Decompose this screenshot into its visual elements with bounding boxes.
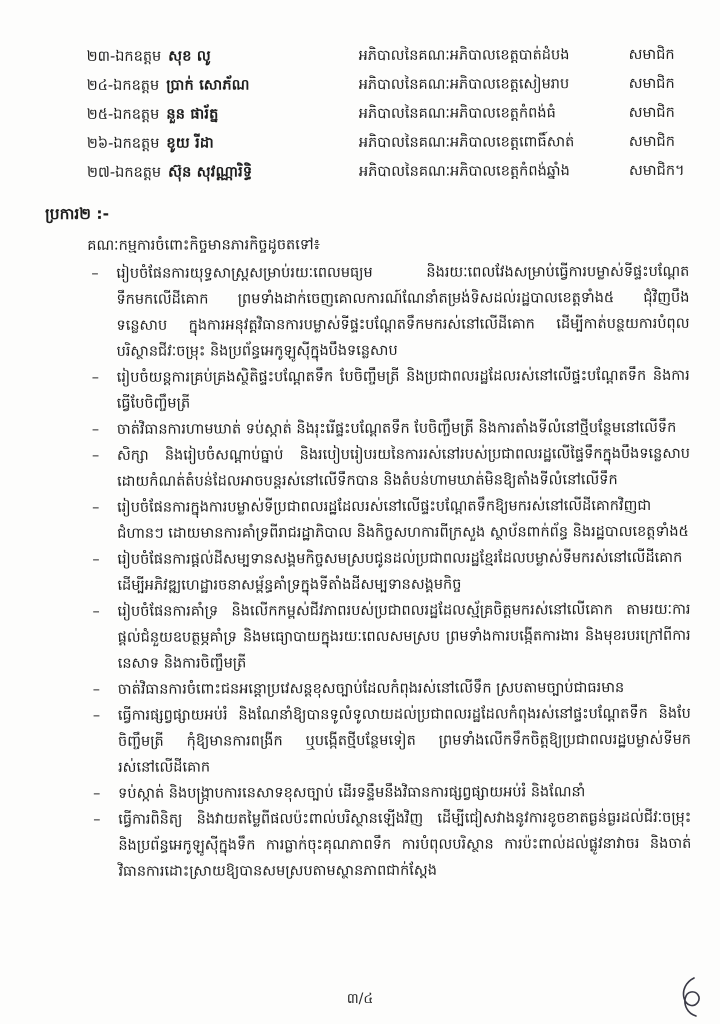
member-position: អភិបាលនៃគណៈអភិបាលខេត្តបាត់ដំបង bbox=[359, 41, 627, 71]
member-number: ២៤- bbox=[87, 78, 114, 94]
member-name: សុខ លូ bbox=[168, 49, 211, 65]
member-row: ២៧-ឯកឧត្តមស៊ុន សុវណ្ណារិទ្ធិ អភិបាលនៃគណៈ… bbox=[87, 157, 691, 188]
member-number-title-name: ២៤-ឯកឧត្តមប្រាក់ សោភ័ណ bbox=[87, 71, 359, 101]
duty-text: ធ្វើការផ្សព្វផ្សាយអប់រំ និងណែនាំឱ្យបានទូ… bbox=[118, 701, 691, 781]
member-role: សមាជិក bbox=[627, 128, 691, 157]
member-role: សមាជិក bbox=[627, 41, 691, 70]
member-position: អភិបាលនៃគណៈអភិបាលខេត្តកំពង់ឆ្នាំង bbox=[359, 157, 627, 187]
list-item: – ចាត់វិធានការហាមឃាត់ ទប់ស្កាត់ និងរុះរើ… bbox=[92, 415, 690, 443]
duty-text: រៀបចំផែនការយុទ្ធសាស្ត្រសម្រាប់រយៈពេលមធ្យ… bbox=[116, 259, 689, 365]
list-item: – រៀបចំផែនការក្នុងការបម្លាស់ទីប្រជាពលរដ្… bbox=[92, 493, 690, 547]
list-item: – សិក្សា និងរៀបចំសណ្ដាប់ធ្នាប់ និងរបៀបរៀ… bbox=[92, 441, 690, 495]
duty-text: សិក្សា និងរៀបចំសណ្ដាប់ធ្នាប់ និងរបៀបរៀបរ… bbox=[117, 441, 690, 495]
member-title: ឯកឧត្តម bbox=[113, 107, 159, 123]
member-position: អភិបាលនៃគណៈអភិបាលខេត្តពោធិ៍សាត់ bbox=[359, 128, 627, 158]
member-title: ឯកឧត្តម bbox=[115, 49, 161, 65]
duty-text: រៀបចំផែនការក្នុងការបម្លាស់ទីប្រជាពលរដ្ឋដ… bbox=[117, 493, 690, 547]
member-role: សមាជិក។ bbox=[627, 157, 691, 186]
article-2-intro: គណៈកម្មការចំពោះកិច្ចមានភារកិច្ចដូចតទៅ៖ bbox=[87, 231, 719, 259]
dash-bullet-icon: – bbox=[92, 547, 117, 599]
member-name: ប្រាក់ សោភ័ណ bbox=[166, 77, 250, 93]
duty-text: ទប់ស្កាត់ និងបង្ក្រាបការនេសាទខុសច្បាប់ ដ… bbox=[118, 779, 691, 807]
article-2-heading: ប្រការ២ :- bbox=[45, 202, 719, 227]
duty-text: រៀបចំផែនការផ្តល់ដីសម្បទានសង្គមកិច្ចសមស្រ… bbox=[117, 545, 690, 599]
dash-bullet-icon: – bbox=[93, 781, 118, 807]
member-number-title-name: ២៣-ឯកឧត្តមសុខ លូ bbox=[87, 42, 359, 72]
duty-list: – រៀបចំផែនការយុទ្ធសាស្ត្រសម្រាប់រយៈពេលមធ… bbox=[91, 259, 691, 885]
duty-text: រៀបចំផែនការគាំទ្រ និងលើកកម្ពស់ជីវភាពរបស់… bbox=[117, 597, 690, 677]
dash-bullet-icon: – bbox=[92, 495, 117, 547]
member-name: ស៊ុន សុវណ្ណារិទ្ធិ bbox=[168, 164, 252, 180]
member-title: ឯកឧត្តម bbox=[115, 165, 161, 181]
member-number: ២៣- bbox=[87, 49, 116, 65]
member-row: ២៤-ឯកឧត្តមប្រាក់ សោភ័ណ អភិបាលនៃគណៈអភិបាល… bbox=[87, 70, 691, 101]
list-item: – ធ្វើការពិនិត្យ និងវាយតម្លៃពីផលប៉ះពាល់ប… bbox=[93, 805, 691, 885]
duty-text: ធ្វើការពិនិត្យ និងវាយតម្លៃពីផលប៉ះពាល់បរិ… bbox=[118, 805, 691, 885]
member-position: អភិបាលនៃគណៈអភិបាលខេត្តសៀមរាប bbox=[359, 70, 627, 100]
list-item: – រៀបចំផែនការផ្តល់ដីសម្បទានសង្គមកិច្ចសមស… bbox=[92, 545, 690, 599]
dash-bullet-icon: – bbox=[93, 703, 118, 781]
member-role: សមាជិក bbox=[627, 70, 691, 99]
member-title: ឯកឧត្តម bbox=[113, 78, 159, 94]
page-content: ២៣-ឯកឧត្តមសុខ លូ អភិបាលនៃគណៈអភិបាលខេត្តប… bbox=[0, 41, 720, 886]
list-item: – ទប់ស្កាត់ និងបង្ក្រាបការនេសាទខុសច្បាប់… bbox=[93, 779, 691, 807]
dash-bullet-icon: – bbox=[93, 677, 118, 703]
dash-bullet-icon: – bbox=[92, 443, 117, 495]
list-item: – រៀបចំយន្តការគ្រប់គ្រងស្ថិតិផ្ទះបណ្តែតទ… bbox=[92, 363, 690, 417]
member-name: ខូយ រីដា bbox=[166, 136, 214, 152]
member-row: ២៦-ឯកឧត្តមខូយ រីដា អភិបាលនៃគណៈអភិបាលខេត្… bbox=[87, 128, 691, 159]
member-number-title-name: ២៧-ឯកឧត្តមស៊ុន សុវណ្ណារិទ្ធិ bbox=[87, 158, 359, 188]
handwritten-initial-icon bbox=[672, 974, 706, 1018]
member-name: នួន ផារ័ត្ន bbox=[166, 106, 218, 122]
member-number: ២៥- bbox=[87, 107, 114, 123]
list-item: – រៀបចំផែនការគាំទ្រ និងលើកកម្ពស់ជីវភាពរប… bbox=[92, 597, 690, 677]
list-item: – ចាត់វិធានការចំពោះជនអន្តោប្រវេសន្តខុសច្… bbox=[93, 675, 691, 703]
duty-text: ចាត់វិធានការហាមឃាត់ ទប់ស្កាត់ និងរុះរើផ្… bbox=[117, 415, 690, 443]
duty-text: ចាត់វិធានការចំពោះជនអន្តោប្រវេសន្តខុសច្បា… bbox=[118, 675, 691, 703]
member-number-title-name: ២៦-ឯកឧត្តមខូយ រីដា bbox=[87, 129, 359, 159]
dash-bullet-icon: – bbox=[92, 365, 117, 417]
member-number-title-name: ២៥-ឯកឧត្តមនួន ផារ័ត្ន bbox=[87, 100, 359, 130]
member-row: ២៥-ឯកឧត្តមនួន ផារ័ត្ន អភិបាលនៃគណៈអភិបាលខ… bbox=[87, 99, 691, 130]
dash-bullet-icon: – bbox=[92, 417, 117, 443]
member-number: ២៧- bbox=[87, 165, 115, 181]
member-list: ២៣-ឯកឧត្តមសុខ លូ អភិបាលនៃគណៈអភិបាលខេត្តប… bbox=[87, 41, 692, 188]
member-number: ២៦- bbox=[87, 136, 114, 152]
dash-bullet-icon: – bbox=[91, 261, 116, 365]
document-page: ២៣-ឯកឧត្តមសុខ លូ អភិបាលនៃគណៈអភិបាលខេត្តប… bbox=[0, 0, 720, 1024]
member-row: ២៣-ឯកឧត្តមសុខ លូ អភិបាលនៃគណៈអភិបាលខេត្តប… bbox=[87, 41, 691, 72]
page-number: ៣/៤ bbox=[0, 989, 720, 1010]
member-title: ឯកឧត្តម bbox=[113, 136, 159, 152]
list-item: – ធ្វើការផ្សព្វផ្សាយអប់រំ និងណែនាំឱ្យបាន… bbox=[93, 701, 691, 781]
member-position: អភិបាលនៃគណៈអភិបាលខេត្តកំពង់ធំ bbox=[359, 99, 627, 129]
dash-bullet-icon: – bbox=[93, 807, 118, 885]
list-item: – រៀបចំផែនការយុទ្ធសាស្ត្រសម្រាប់រយៈពេលមធ… bbox=[91, 259, 689, 365]
member-role: សមាជិក bbox=[627, 99, 691, 128]
dash-bullet-icon: – bbox=[92, 599, 117, 677]
duty-text: រៀបចំយន្តការគ្រប់គ្រងស្ថិតិផ្ទះបណ្តែតទឹក… bbox=[117, 363, 690, 417]
